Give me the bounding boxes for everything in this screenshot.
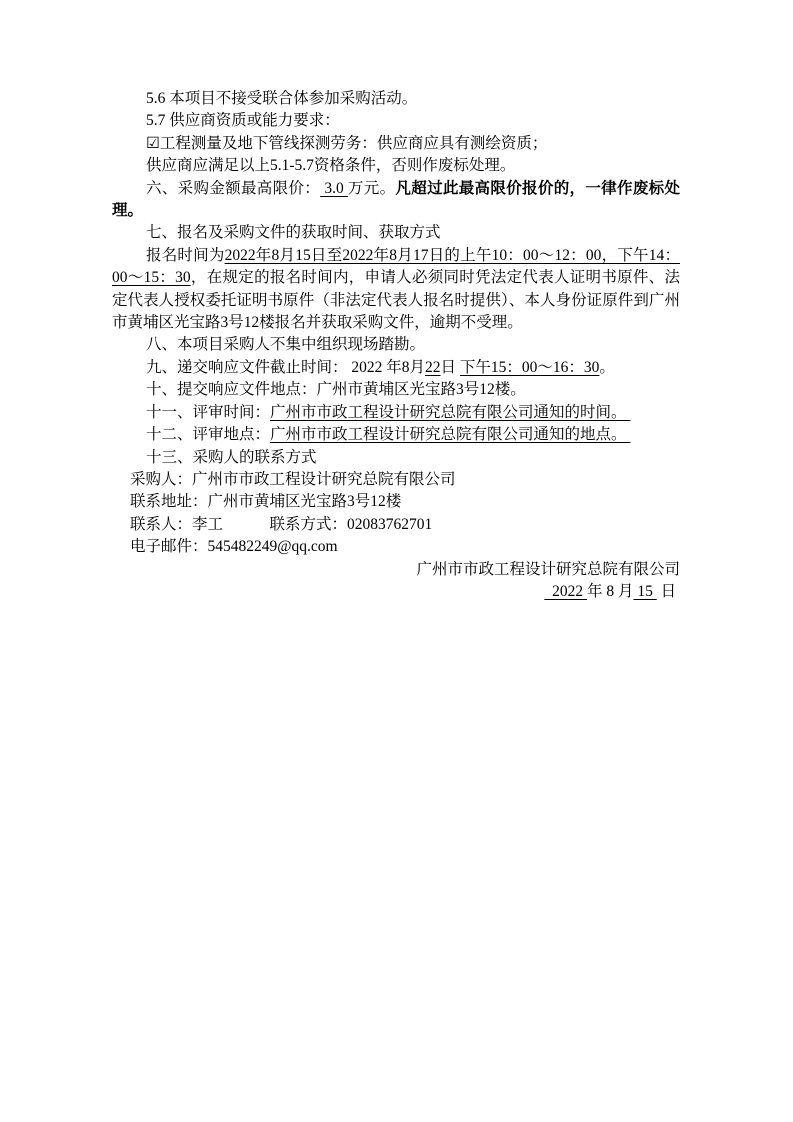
paragraph: 采购人：广州市市政工程设计研究总院有限公司: [112, 469, 680, 491]
text-run: 下午15：00～16：30: [460, 359, 600, 376]
text-run: 十二、评审地点：: [146, 426, 270, 443]
text-run: 采购人：广州市市政工程设计研究总院有限公司: [130, 471, 456, 488]
text-run: 十一、评审时间：: [146, 404, 270, 421]
text-run: 电子邮件：545482249@qq.com: [130, 538, 338, 555]
checked-checkbox-text-run: ☑工程测量及地下管线探测劳务：供应商应具有测绘资质；: [146, 135, 547, 152]
text-run: 十、提交响应文件地点：广州市黄埔区光宝路3号12楼。: [146, 381, 526, 398]
document-page: 5.6 本项目不接受联合体参加采购活动。5.7 供应商资质或能力要求：☑工程测量…: [112, 88, 680, 603]
text-run: 日: [657, 583, 680, 600]
text-run: 七、报名及采购文件的获取时间、获取方式: [146, 224, 441, 241]
paragraph: 十三、采购人的联系方式: [112, 447, 680, 469]
paragraph: 九、递交响应文件截止时间： 2022 年8月22日 下午15：00～16：30。: [112, 357, 680, 379]
text-run: 十三、采购人的联系方式: [146, 449, 317, 466]
text-run: 万元。: [348, 180, 396, 197]
paragraph: 十二、评审地点：广州市市政工程设计研究总院有限公司通知的地点。: [112, 424, 680, 446]
text-run: 5.6 本项目不接受联合体参加采购活动。: [146, 90, 417, 107]
paragraph: 十一、评审时间：广州市市政工程设计研究总院有限公司通知的时间。: [112, 402, 680, 424]
text-run: 年 8 月: [587, 583, 634, 600]
text-run: 5.7 供应商资质或能力要求：: [146, 112, 340, 129]
page-canvas: 5.6 本项目不接受联合体参加采购活动。5.7 供应商资质或能力要求：☑工程测量…: [0, 0, 793, 1122]
paragraph: 2022 年 8 月 15 日: [112, 581, 680, 603]
text-run: 广州市市政工程设计研究总院有限公司通知的地点。: [270, 426, 630, 443]
text-run: 联系人：李工 联系方式：02083762701: [130, 516, 432, 533]
paragraph: 5.6 本项目不接受联合体参加采购活动。: [112, 88, 680, 110]
text-run: 2022: [544, 583, 587, 600]
paragraph: 七、报名及采购文件的获取时间、获取方式: [112, 222, 680, 244]
text-run: 3.0: [320, 180, 348, 197]
paragraph: 广州市市政工程设计研究总院有限公司: [112, 559, 680, 581]
text-run: 广州市市政工程设计研究总院有限公司通知的时间。: [270, 404, 630, 421]
text-run: 联系地址：广州市黄埔区光宝路3号12楼: [130, 493, 401, 510]
paragraph: 报名时间为2022年8月15日至2022年8月17日的上午10：00～12：00…: [112, 245, 680, 335]
paragraph: 电子邮件：545482249@qq.com: [112, 536, 680, 558]
paragraph: 八、本项目采购人不集中组织现场踏勘。: [112, 334, 680, 356]
paragraph: 联系地址：广州市黄埔区光宝路3号12楼: [112, 491, 680, 513]
text-run: 六、采购金额最高限价：: [146, 180, 320, 197]
text-run: 报名时间为: [146, 247, 225, 264]
paragraph: 5.7 供应商资质或能力要求：: [112, 110, 680, 132]
text-run: ，在规定的报名时间内，申请人必须同时凭法定代表人证明书原件、法定代表人授权委托证…: [112, 269, 680, 331]
text-run: 15: [633, 583, 656, 600]
text-run: 日: [441, 359, 460, 376]
text-run: 八、本项目采购人不集中组织现场踏勘。: [146, 336, 425, 353]
paragraph: 供应商应满足以上5.1-5.7资格条件，否则作废标处理。: [112, 155, 680, 177]
text-run: 供应商应满足以上5.1-5.7资格条件，否则作废标处理。: [146, 157, 515, 174]
paragraph: 十、提交响应文件地点：广州市黄埔区光宝路3号12楼。: [112, 379, 680, 401]
text-run: 22: [425, 359, 441, 376]
text-run: 九、递交响应文件截止时间： 2022 年8月: [146, 359, 425, 376]
paragraph: 联系人：李工 联系方式：02083762701: [112, 514, 680, 536]
paragraph: 六、采购金额最高限价： 3.0 万元。凡超过此最高限价报价的，一律作废标处理。: [112, 178, 680, 223]
paragraph: ☑工程测量及地下管线探测劳务：供应商应具有测绘资质；: [112, 133, 680, 155]
text-run: 。: [599, 359, 615, 376]
text-run: 广州市市政工程设计研究总院有限公司: [416, 561, 680, 578]
